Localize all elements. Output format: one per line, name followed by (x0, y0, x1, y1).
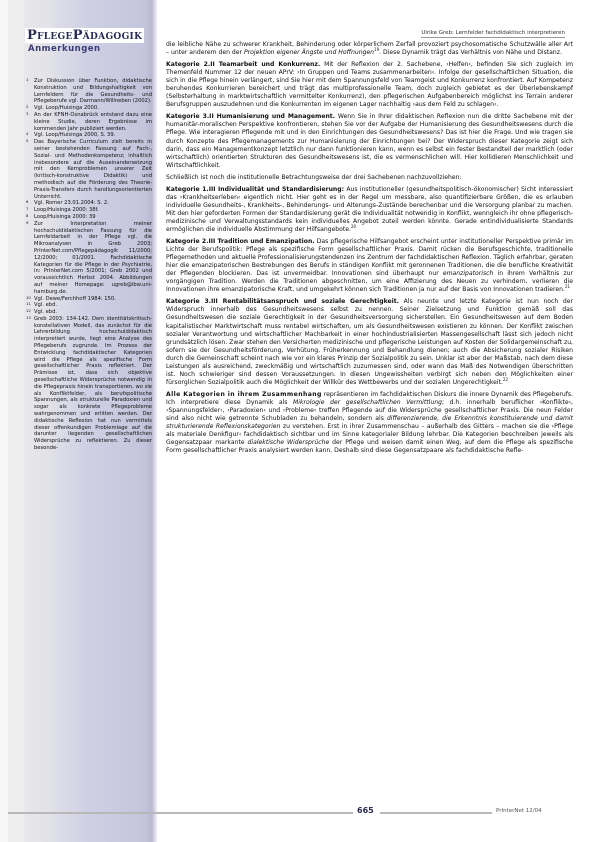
paragraph: Kategorie 3.II Humanisierung und Managem… (166, 113, 573, 169)
footnote-number: 6 (26, 199, 28, 206)
emphasis: Mikrologie der gesellschaftlichen Vermit… (293, 399, 442, 406)
issue-label: PrInterNet 12/04 (496, 808, 542, 814)
footer-rule-left (8, 812, 353, 814)
footnote-number: 3 (26, 111, 28, 118)
footnote-number: 5 (26, 138, 28, 145)
category-heading: Kategorie 2.III Tradition und Emanzipati… (166, 238, 315, 245)
footnote: 6Vgl. Romer 23.01.2004: S. 2. (26, 200, 152, 207)
paragraph-text: Schließlich ist noch die institutionelle… (166, 174, 462, 181)
footnote-number: 11 (26, 301, 31, 308)
footnote: 7Loop/Huisinga 2000: 38f. (26, 207, 152, 214)
footnote-number: 2 (26, 104, 28, 111)
footnote: 9Zur Interpretation meiner hochschuldida… (26, 221, 152, 296)
category-heading: Kategorie 2.II Teamarbeit und Konkurrenz… (166, 61, 320, 68)
category-heading: Kategorie 1.III Individualität und Stand… (166, 186, 344, 193)
footnote: 5Das Bayerische Curriculum zielt bereits… (26, 139, 152, 200)
footnote-number: 1 (26, 77, 28, 84)
paragraph: Kategorie 1.III Individualität und Stand… (166, 186, 573, 234)
footnote-text: An der KFNH-Osnabrück entstand dazu eine… (34, 112, 152, 132)
running-head: Ulrike Greb: Lernfelder fachdidaktisch i… (421, 30, 565, 38)
category-heading: Kategorie 3.II Humanisierung und Managem… (166, 113, 335, 120)
footnote: 2Vgl. Loop/Huisinga 2000. (26, 105, 152, 112)
footnote-number: 12 (26, 308, 31, 315)
emphasis: dialektische Widersprüche (248, 439, 330, 446)
page-number: 665 (355, 806, 376, 815)
footnote-text: Vgl. ebd. (34, 302, 57, 308)
paragraph-text: Wenn Sie in Ihrer didaktischen Reflexion… (166, 113, 573, 168)
paragraph: die leibliche Nähe zu schwerer Krankheit… (166, 41, 573, 57)
footnotes-sidebar: 1Zur Diskussion über Funktion, didaktisc… (26, 78, 152, 452)
footnote-text: Vgl. Loop/Huisinga 2000. (34, 105, 99, 111)
footnote: 13Greb 2003: 134-142. Dem identitätskrit… (26, 316, 152, 452)
journal-title: PflegePädagogik (25, 28, 144, 43)
footnote-ref: 21 (565, 284, 570, 289)
footnote-text: Vgl. Romer 23.01.2004: S. 2. (34, 200, 109, 206)
paragraph: Schließlich ist noch die institutionelle… (166, 174, 573, 182)
footnote-number: 13 (26, 315, 31, 322)
footnote: 10Vgl. Dewe/Ferchhoff 1984: 150. (26, 296, 152, 303)
footnote: 11Vgl. ebd. (26, 302, 152, 309)
footnote-text: Loop/Huisinga 2000: 39 (34, 214, 96, 220)
footnote-text: Zur Interpretation meiner hochschuldidak… (34, 221, 152, 295)
paragraph-text: . Diese Dynamik trägt das Verhältnis von… (379, 49, 562, 56)
footnote-text: Loop/Huisinga 2000: 38f. (34, 207, 99, 213)
footnote-number: 9 (26, 220, 28, 227)
footnote: 4Vgl. Loop/Huisinga 2000, S. 39. (26, 132, 152, 139)
footnote-number: 10 (26, 295, 31, 302)
footnote: 8Loop/Huisinga 2000: 39 (26, 214, 152, 221)
footnote-number: 7 (26, 206, 28, 213)
footnote-text: Vgl. Dewe/Ferchhoff 1984: 150. (34, 296, 116, 302)
footnote-ref: 20 (351, 224, 356, 229)
footnote-text: Vgl. Loop/Huisinga 2000, S. 39. (34, 132, 115, 138)
footnote-ref: 22 (503, 377, 508, 382)
paragraph-text: Aus institutioneller (gesundheitspolitis… (166, 186, 573, 233)
emphasis: emanzipatorisch (443, 270, 493, 277)
footnote-number: 8 (26, 213, 28, 220)
category-heading: Kategorie 3.III Rentabilitätsanspruch un… (166, 298, 399, 305)
footnote-number: 4 (26, 131, 28, 138)
paragraph-text: Mit der Reflexion der 2. Sachebene, ›Hel… (166, 61, 573, 108)
emphasis: Projektion eigener Ängste und Hoffnungen (244, 49, 374, 56)
footnote-text: Vgl. ebd. (34, 309, 57, 315)
paragraph: Alle Kategorien in ihrem Zusammenhang re… (166, 391, 573, 455)
footnote: 1Zur Diskussion über Funktion, didaktisc… (26, 78, 152, 105)
footnote: 12Vgl. ebd. (26, 309, 152, 316)
section-lead: Alle Kategorien in ihrem Zusammenhang (166, 391, 322, 398)
notes-heading: Anmerkungen (28, 44, 152, 54)
paragraph: Kategorie 2.II Teamarbeit und Konkurrenz… (166, 61, 573, 109)
paragraph-text: Als neunte und letzte Kategorie ist nun … (166, 298, 573, 385)
footnote-text: Greb 2003: 134-142. Dem identitätskritis… (34, 316, 152, 451)
footnote-text: Zur Diskussion über Funktion, didaktisch… (34, 78, 152, 104)
paragraph: Kategorie 3.III Rentabilitätsanspruch un… (166, 298, 573, 387)
footer-rule-right (380, 812, 492, 814)
article-body: die leibliche Nähe zu schwerer Krankheit… (166, 41, 573, 459)
footnote: 3An der KFNH-Osnabrück entstand dazu ein… (26, 112, 152, 132)
footnote-text: Das Bayerische Curriculum zielt bereits … (34, 139, 152, 199)
paragraph: Kategorie 2.III Tradition und Emanzipati… (166, 238, 573, 294)
